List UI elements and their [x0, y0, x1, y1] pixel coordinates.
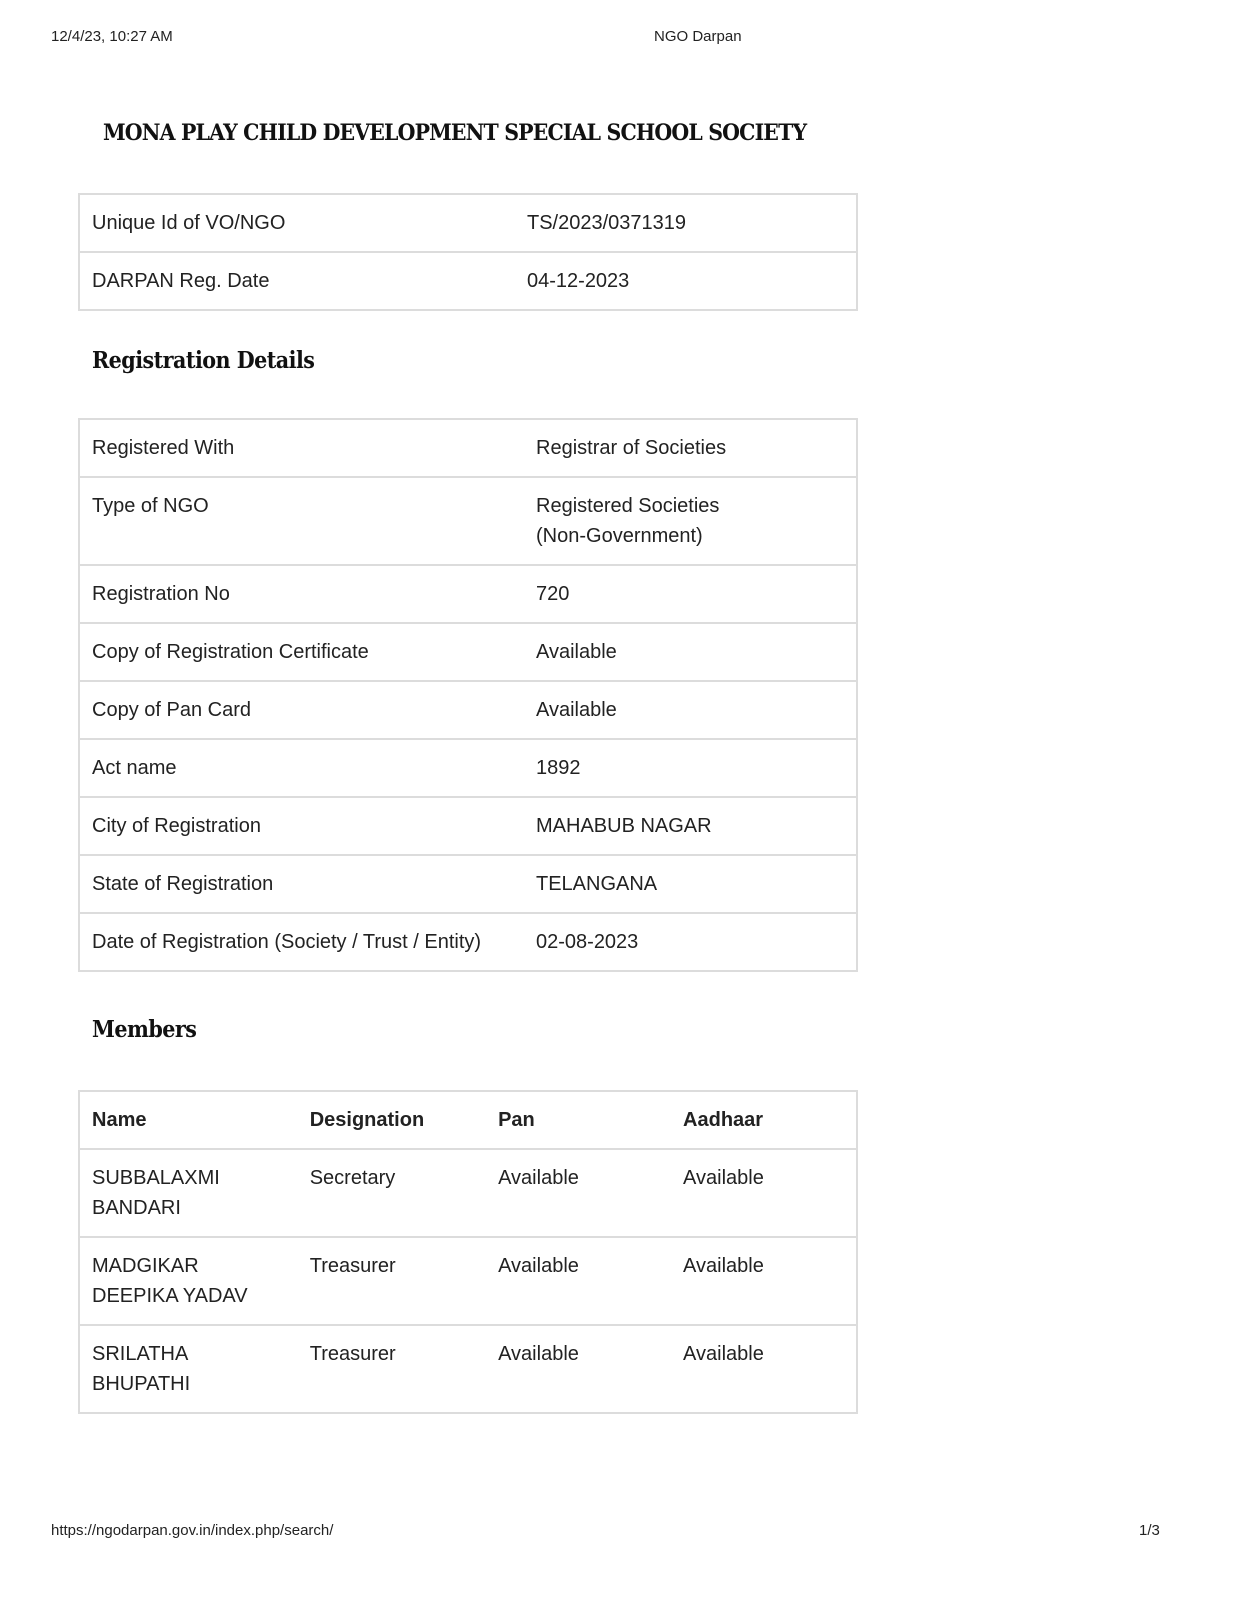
row-value: 720: [524, 565, 857, 623]
table-row: Act name 1892: [79, 739, 857, 797]
table-header-row: Name Designation Pan Aadhaar: [79, 1091, 857, 1149]
row-label: Act name: [79, 739, 524, 797]
column-header-pan: Pan: [486, 1091, 671, 1149]
row-value: 04-12-2023: [515, 252, 857, 310]
identity-table: Unique Id of VO/NGO TS/2023/0371319 DARP…: [78, 193, 858, 311]
table-row: DARPAN Reg. Date 04-12-2023: [79, 252, 857, 310]
table-row: Copy of Pan Card Available: [79, 681, 857, 739]
table-row: SUBBALAXMI BANDARI Secretary Available A…: [79, 1149, 857, 1237]
table-row: State of Registration TELANGANA: [79, 855, 857, 913]
row-value: 02-08-2023: [524, 913, 857, 971]
print-datetime: 12/4/23, 10:27 AM: [51, 28, 173, 45]
table-row: Type of NGO Registered Societies (Non-Go…: [79, 477, 857, 565]
row-value: Available: [524, 623, 857, 681]
row-value: Available: [524, 681, 857, 739]
table-row: Unique Id of VO/NGO TS/2023/0371319: [79, 194, 857, 252]
member-pan: Available: [486, 1149, 671, 1237]
row-label: Date of Registration (Society / Trust / …: [79, 913, 524, 971]
row-value: TS/2023/0371319: [515, 194, 857, 252]
row-value: MAHABUB NAGAR: [524, 797, 857, 855]
members-heading: Members: [92, 1016, 196, 1043]
page-indicator: 1/3: [1139, 1522, 1160, 1539]
row-value: Registered Societies (Non-Government): [524, 477, 857, 565]
row-label: Registration No: [79, 565, 524, 623]
row-label: Type of NGO: [79, 477, 524, 565]
member-designation: Treasurer: [298, 1325, 486, 1413]
row-label: State of Registration: [79, 855, 524, 913]
registration-details-table: Registered With Registrar of Societies T…: [78, 418, 858, 972]
registration-details-heading: Registration Details: [92, 347, 314, 374]
member-aadhaar: Available: [671, 1237, 857, 1325]
row-value: TELANGANA: [524, 855, 857, 913]
table-row: City of Registration MAHABUB NAGAR: [79, 797, 857, 855]
organization-name: MONA PLAY CHILD DEVELOPMENT SPECIAL SCHO…: [103, 120, 806, 146]
row-value: 1892: [524, 739, 857, 797]
table-row: Copy of Registration Certificate Availab…: [79, 623, 857, 681]
member-aadhaar: Available: [671, 1149, 857, 1237]
member-name: SRILATHA BHUPATHI: [79, 1325, 298, 1413]
print-page-title: NGO Darpan: [654, 28, 742, 45]
member-name: SUBBALAXMI BANDARI: [79, 1149, 298, 1237]
row-label: Copy of Registration Certificate: [79, 623, 524, 681]
row-label: Unique Id of VO/NGO: [79, 194, 515, 252]
table-row: Registration No 720: [79, 565, 857, 623]
row-label: Registered With: [79, 419, 524, 477]
table-row: Date of Registration (Society / Trust / …: [79, 913, 857, 971]
member-aadhaar: Available: [671, 1325, 857, 1413]
row-value: Registrar of Societies: [524, 419, 857, 477]
member-designation: Secretary: [298, 1149, 486, 1237]
table-row: MADGIKAR DEEPIKA YADAV Treasurer Availab…: [79, 1237, 857, 1325]
members-table: Name Designation Pan Aadhaar SUBBALAXMI …: [78, 1090, 858, 1414]
member-name: MADGIKAR DEEPIKA YADAV: [79, 1237, 298, 1325]
member-pan: Available: [486, 1325, 671, 1413]
column-header-designation: Designation: [298, 1091, 486, 1149]
table-row: Registered With Registrar of Societies: [79, 419, 857, 477]
row-label: City of Registration: [79, 797, 524, 855]
page-url: https://ngodarpan.gov.in/index.php/searc…: [51, 1522, 333, 1539]
column-header-aadhaar: Aadhaar: [671, 1091, 857, 1149]
row-label: DARPAN Reg. Date: [79, 252, 515, 310]
member-designation: Treasurer: [298, 1237, 486, 1325]
row-label: Copy of Pan Card: [79, 681, 524, 739]
member-pan: Available: [486, 1237, 671, 1325]
column-header-name: Name: [79, 1091, 298, 1149]
table-row: SRILATHA BHUPATHI Treasurer Available Av…: [79, 1325, 857, 1413]
